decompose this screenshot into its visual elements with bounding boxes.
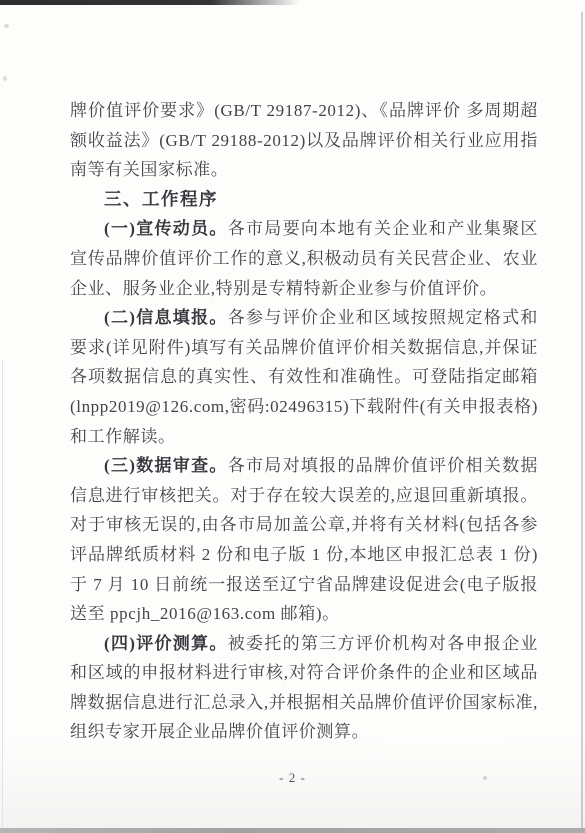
scan-edge-left — [2, 360, 3, 827]
scan-edge-right — [581, 12, 583, 833]
scan-edge-top — [0, 0, 300, 5]
section-heading-text: 三、工作程序 — [104, 189, 218, 209]
paragraph-text: 牌价值评价要求》(GB/T 29187-2012)、《品牌评价 多周期超额收益法… — [70, 101, 538, 179]
scan-smudge — [3, 76, 7, 81]
paragraph-item-2: (二)信息填报。各参与评价企业和区域按照规定格式和要求(详见附件)填写有关品牌价… — [70, 303, 538, 451]
document-page: 牌价值评价要求》(GB/T 29187-2012)、《品牌评价 多周期超额收益法… — [0, 0, 585, 833]
paragraph-lead: (四)评价测算。 — [104, 634, 228, 653]
paragraph-text: 各参与评价企业和区域按照规定格式和要求(详见附件)填写有关品牌价值评价相关数据信… — [70, 308, 538, 445]
paragraph-lead: (二)信息填报。 — [104, 308, 228, 327]
scan-edge-bottom — [0, 828, 585, 833]
page-number: - 2 - — [0, 770, 585, 786]
paragraph-lead: (一)宣传动员。 — [104, 219, 228, 238]
document-body: 牌价值评价要求》(GB/T 29187-2012)、《品牌评价 多周期超额收益法… — [70, 96, 538, 747]
scan-smudge — [4, 24, 9, 28]
paragraph-item-1: (一)宣传动员。各市局要向本地有关企业和产业集聚区宣传品牌价值评价工作的意义,积… — [70, 214, 538, 303]
paragraph-item-3: (三)数据审查。各市局对填报的品牌价值评价相关数据信息进行审核把关。对于存在较大… — [70, 451, 538, 629]
paragraph-continuation: 牌价值评价要求》(GB/T 29187-2012)、《品牌评价 多周期超额收益法… — [70, 96, 538, 185]
paragraph-lead: (三)数据审查。 — [104, 456, 228, 475]
paragraph-item-4: (四)评价测算。被委托的第三方评价机构对各申报企业和区域的申报材料进行审核,对符… — [70, 629, 538, 747]
paragraph-text: 各市局对填报的品牌价值评价相关数据信息进行审核把关。对于存在较大误差的,应退回重… — [70, 456, 538, 623]
section-heading: 三、工作程序 — [70, 185, 538, 215]
